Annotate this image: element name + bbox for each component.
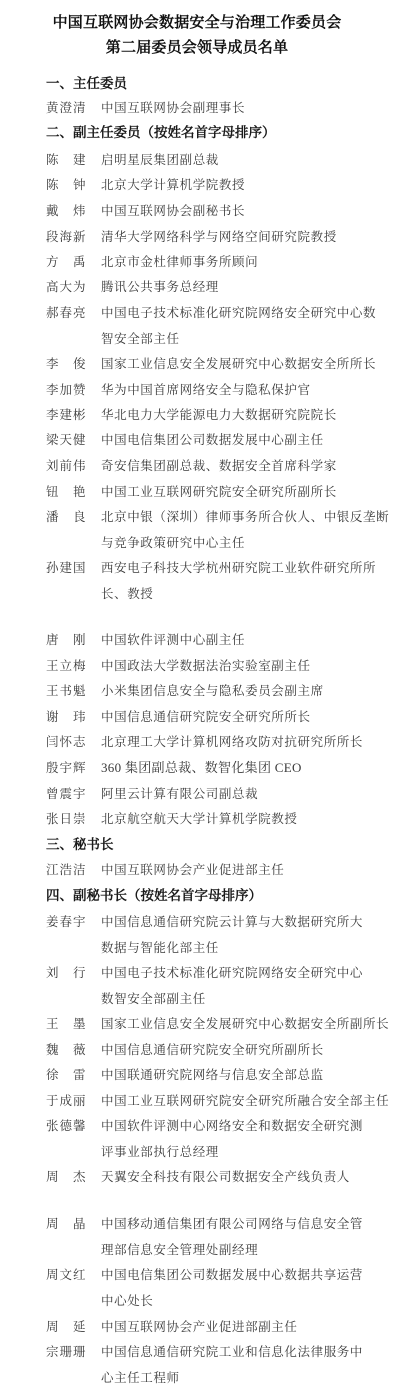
member-title-continued: 与竞争政策研究中心主任: [101, 534, 391, 552]
member-title: 小米集团信息安全与隐私委员会副主席: [101, 682, 391, 700]
member-title: 中国信息通信研究院安全研究所副所长: [101, 1041, 391, 1059]
member-name: 陈 建: [46, 151, 98, 169]
member-title: 中国移动通信集团有限公司网络与信息安全管: [101, 1215, 391, 1233]
member-name: 张德馨: [46, 1117, 98, 1135]
member-name: 王立梅: [46, 657, 98, 675]
member-name: 梁天健: [46, 431, 98, 449]
member-name: 闫怀志: [46, 733, 98, 751]
member-name: 王书魁: [46, 682, 98, 700]
member-title-continued: 评事业部执行总经理: [101, 1143, 391, 1161]
member-name: 潘 良: [46, 508, 98, 526]
member-name: 戴 炜: [46, 202, 98, 220]
member-name: 郝春亮: [46, 304, 98, 322]
member-name: 孙建国: [46, 559, 98, 577]
member-title: 中国电信集团公司数据发展中心数据共享运营: [101, 1266, 391, 1284]
member-name: 姜春宇: [46, 913, 98, 931]
member-title: 360 集团副总裁、数智化集团 CEO: [101, 759, 391, 777]
member-name: 陈 钟: [46, 176, 98, 194]
member-title: 国家工业信息安全发展研究中心数据安全所副所长: [101, 1015, 391, 1033]
member-title: 启明星辰集团副总裁: [101, 151, 391, 169]
member-title: 北京市金杜律师事务所顾问: [101, 253, 391, 271]
member-title: 中国软件评测中心副主任: [101, 631, 391, 649]
member-title: 阿里云计算有限公司副总裁: [101, 785, 391, 803]
member-title: 奇安信集团副总裁、数据安全首席科学家: [101, 457, 391, 475]
member-title: 中国信息通信研究院安全研究所所长: [101, 708, 391, 726]
member-name: 钮 艳: [46, 483, 98, 501]
member-title: 清华大学网络科学与网络空间研究院教授: [101, 228, 391, 246]
member-title: 中国工业互联网研究院安全研究所副所长: [101, 483, 391, 501]
section-heading-deputy-secretaries: 四、副秘书长（按姓名首字母排序）: [46, 887, 262, 905]
member-name: 段海新: [46, 228, 98, 246]
member-name: 徐 雷: [46, 1066, 98, 1084]
member-name: 于成丽: [46, 1092, 98, 1110]
member-title-continued: 智安全部主任: [101, 330, 391, 348]
member-title-continued: 数据与智能化部主任: [101, 939, 391, 957]
member-name: 李加赞: [46, 381, 98, 399]
member-title: 华为中国首席网络安全与隐私保护官: [101, 381, 391, 399]
member-title: 中国联通研究院网络与信息安全部总监: [101, 1066, 391, 1084]
member-title: 中国软件评测中心网络安全和数据安全研究测: [101, 1117, 391, 1135]
member-name: 张日崇: [46, 810, 98, 828]
member-title-continued: 数智安全部副主任: [101, 990, 391, 1008]
member-title-continued: 心主任工程师: [101, 1369, 391, 1387]
member-title: 中国信息通信研究院工业和信息化法律服务中: [101, 1343, 391, 1361]
member-name: 曾震宇: [46, 785, 98, 803]
member-title: 北京大学计算机学院教授: [101, 176, 391, 194]
member-title: 中国电信集团公司数据发展中心副主任: [101, 431, 391, 449]
member-name: 黄澄清: [46, 99, 98, 117]
member-title: 中国工业互联网研究院安全研究所融合安全部主任: [101, 1092, 391, 1110]
member-title: 北京航空航天大学计算机学院教授: [101, 810, 391, 828]
title-line-1: 中国互联网协会数据安全与治理工作委员会: [0, 12, 394, 32]
member-title: 中国信息通信研究院云计算与大数据研究所大: [101, 913, 391, 931]
member-title: 中国政法大学数据法治实验室副主任: [101, 657, 391, 675]
section-heading-secretary-general: 三、秘书长: [46, 836, 114, 854]
member-name: 江浩洁: [46, 861, 98, 879]
title-line-2: 第二届委员会领导成员名单: [0, 37, 394, 57]
member-title: 中国互联网协会副理事长: [101, 99, 391, 117]
member-name: 谢 玮: [46, 708, 98, 726]
member-title: 北京理工大学计算机网络攻防对抗研究所所长: [101, 733, 391, 751]
section-heading-vice-chairs: 二、副主任委员（按姓名首字母排序）: [46, 124, 276, 142]
member-title-continued: 理部信息安全管理处副经理: [101, 1241, 391, 1259]
member-title: 华北电力大学能源电力大数据研究院院长: [101, 406, 391, 424]
member-name: 周 晶: [46, 1215, 98, 1233]
member-title: 中国互联网协会产业促进部副主任: [101, 1318, 391, 1336]
member-name: 周 杰: [46, 1168, 98, 1186]
member-name: 刘 行: [46, 964, 98, 982]
member-title: 中国互联网协会产业促进部主任: [101, 861, 391, 879]
member-name: 高大为: [46, 278, 98, 296]
member-title: 天翼安全科技有限公司数据安全产线负责人: [101, 1168, 391, 1186]
member-name: 唐 刚: [46, 631, 98, 649]
member-name: 王 墨: [46, 1015, 98, 1033]
member-name: 方 禹: [46, 253, 98, 271]
member-title-continued: 中心处长: [101, 1292, 391, 1310]
member-title-continued: 长、教授: [101, 585, 391, 603]
member-name: 李建彬: [46, 406, 98, 424]
member-name: 刘前伟: [46, 457, 98, 475]
member-title: 中国电子技术标准化研究院网络安全研究中心: [101, 964, 391, 982]
member-title: 腾讯公共事务总经理: [101, 278, 391, 296]
member-name: 宗珊珊: [46, 1343, 98, 1361]
section-heading-chair: 一、主任委员: [46, 75, 127, 93]
member-name: 李 俊: [46, 355, 98, 373]
member-title: 中国互联网协会副秘书长: [101, 202, 391, 220]
member-title: 西安电子科技大学杭州研究院工业软件研究所所: [101, 559, 391, 577]
member-name: 周文红: [46, 1266, 98, 1284]
member-name: 殷宇辉: [46, 759, 98, 777]
member-title: 中国电子技术标准化研究院网络安全研究中心数: [101, 304, 391, 322]
member-name: 魏 薇: [46, 1041, 98, 1059]
member-name: 周 延: [46, 1318, 98, 1336]
member-title: 国家工业信息安全发展研究中心数据安全所所长: [101, 355, 391, 373]
member-title: 北京中银（深圳）律师事务所合伙人、中银反垄断: [101, 508, 391, 526]
